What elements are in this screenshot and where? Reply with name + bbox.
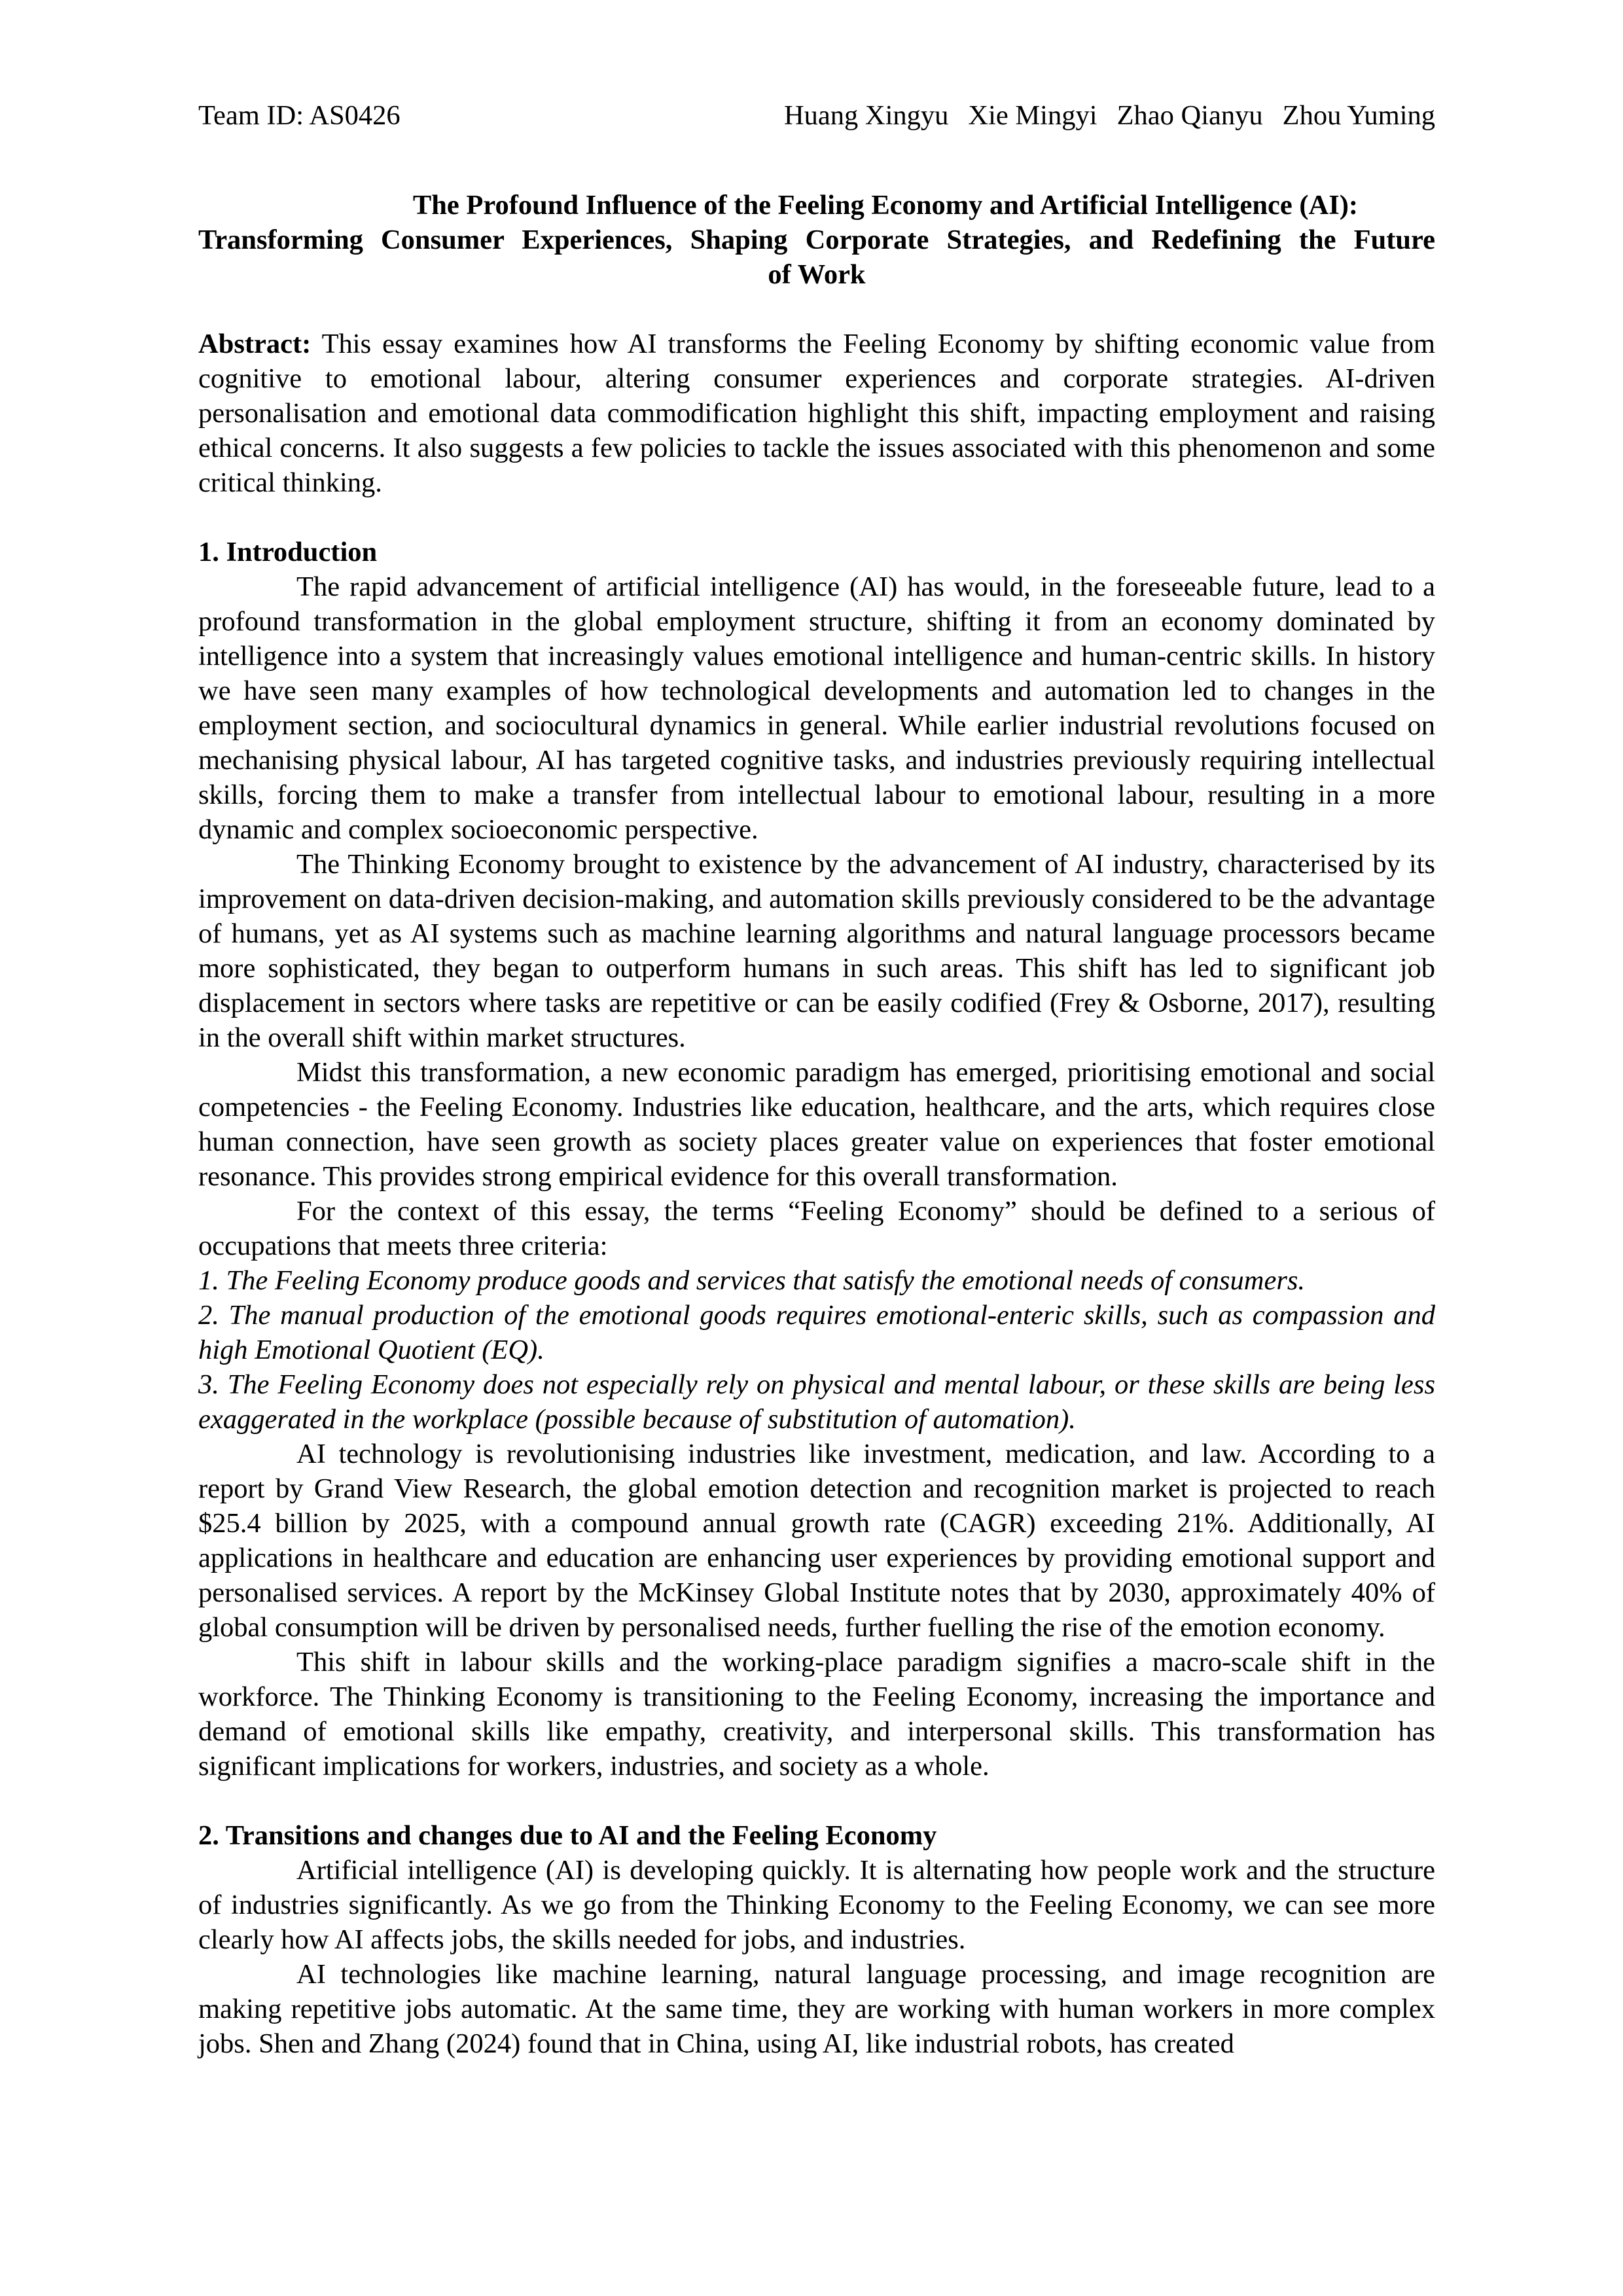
paragraph: For the context of this essay, the terms… [198,1194,1435,1263]
abstract-text: This essay examines how AI transforms th… [198,329,1435,498]
document-page: Team ID: AS0426 Huang XingyuXie MingyiZh… [198,98,1435,2061]
paragraph: AI technology is revolutionising industr… [198,1437,1435,1645]
author-name: Zhou Yuming [1283,100,1435,131]
criteria-item: 2. The manual production of the emotiona… [198,1298,1435,1367]
team-id: Team ID: AS0426 [198,98,401,133]
author-name: Zhao Qianyu [1117,100,1263,131]
page-header: Team ID: AS0426 Huang XingyuXie MingyiZh… [198,98,1435,133]
paragraph: The rapid advancement of artificial inte… [198,569,1435,847]
title-line-2: Transforming Consumer Experiences, Shapi… [198,223,1435,257]
title-line-1: The Profound Influence of the Feeling Ec… [198,188,1435,223]
paragraph: This shift in labour skills and the work… [198,1645,1435,1784]
criteria-item: 3. The Feeling Economy does not especial… [198,1367,1435,1437]
title-line-3: of Work [198,257,1435,292]
paragraph: Artificial intelligence (AI) is developi… [198,1853,1435,1957]
section-heading-introduction: 1. Introduction [198,535,1435,569]
paragraph: AI technologies like machine learning, n… [198,1957,1435,2061]
paragraph: The Thinking Economy brought to existenc… [198,847,1435,1055]
paragraph: Midst this transformation, a new economi… [198,1055,1435,1194]
criteria-item: 1. The Feeling Economy produce goods and… [198,1263,1435,1298]
document-title: The Profound Influence of the Feeling Ec… [198,188,1435,292]
abstract: Abstract: This essay examines how AI tra… [198,327,1435,500]
author-name: Huang Xingyu [784,100,948,131]
author-name: Xie Mingyi [968,100,1097,131]
section-heading-transitions: 2. Transitions and changes due to AI and… [198,1818,1435,1853]
abstract-label: Abstract: [198,329,311,359]
author-list: Huang XingyuXie MingyiZhao QianyuZhou Yu… [784,98,1435,133]
